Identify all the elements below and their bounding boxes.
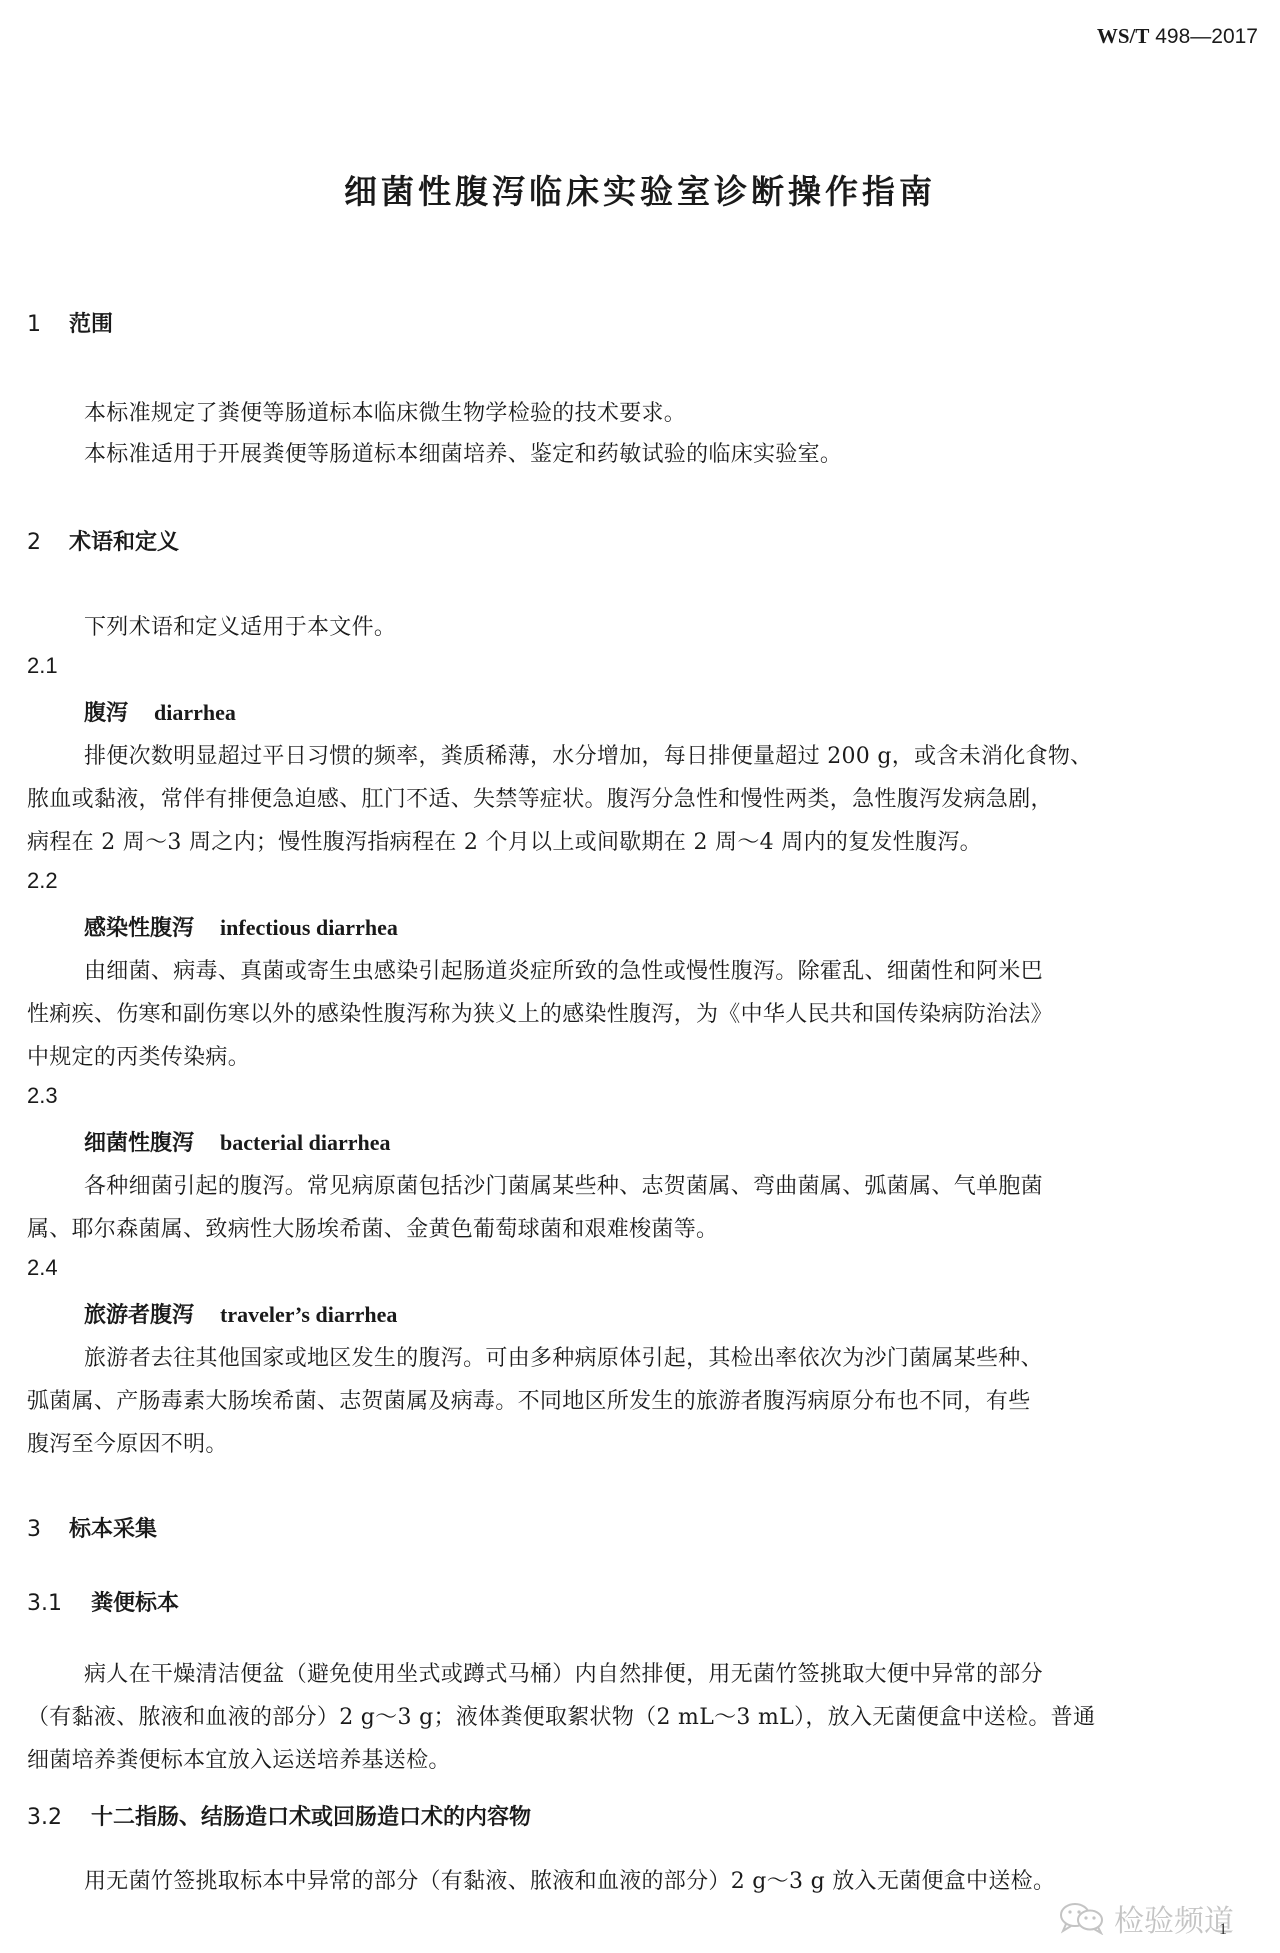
clause-number: 2.4: [27, 1255, 58, 1281]
section-title: 标本采集: [69, 1517, 157, 1542]
paragraph-line: 弧菌属、产肠毒素大肠埃希菌、志贺菌属及病毒。不同地区所发生的旅游者腹泻病原分布也…: [27, 1384, 1031, 1415]
subsection-number: 3.2: [27, 1805, 91, 1830]
term-zh: 腹泻: [84, 701, 128, 726]
section-heading-1: 1范围: [27, 307, 113, 338]
subsection-title: 十二指肠、结肠造口术或回肠造口术的内容物: [91, 1805, 531, 1830]
clause-number: 2.3: [27, 1083, 58, 1109]
term-zh: 旅游者腹泻: [84, 1303, 194, 1328]
paragraph-line: （有黏液、脓液和血液的部分）2 g～3 g；液体粪便取絮状物（2 mL～3 mL…: [27, 1700, 1095, 1731]
paragraph-line: 性痢疾、伤寒和副伤寒以外的感染性腹泻称为狭义上的感染性腹泻，为《中华人民共和国传…: [27, 997, 1053, 1028]
term-en: bacterial diarrhea: [220, 1130, 390, 1155]
paragraph-line: 腹泻至今原因不明。: [27, 1427, 228, 1458]
subsection-number: 3.1: [27, 1591, 91, 1616]
wechat-icon: [1058, 1901, 1106, 1935]
page-number: 1: [1219, 1921, 1227, 1939]
paragraph-line: 下列术语和定义适用于本文件。: [84, 610, 396, 641]
paragraph-line: 脓血或黏液，常伴有排便急迫感、肛门不适、失禁等症状。腹泻分急性和慢性两类，急性腹…: [27, 782, 1053, 813]
subsection-heading-3-2: 3.2十二指肠、结肠造口术或回肠造口术的内容物: [27, 1800, 531, 1831]
paragraph-line: 用无菌竹签挑取标本中异常的部分（有黏液、脓液和血液的部分）2 g～3 g 放入无…: [84, 1864, 1055, 1895]
section-heading-2: 2术语和定义: [27, 525, 179, 556]
paragraph-line: 各种细菌引起的腹泻。常见病原菌包括沙门菌属某些种、志贺菌属、弯曲菌属、弧菌属、气…: [84, 1169, 1043, 1200]
subsection-heading-3-1: 3.1粪便标本: [27, 1586, 179, 1617]
standard-number: 498—2017: [1155, 25, 1258, 48]
paragraph-line: 属、耶尔森菌属、致病性大肠埃希菌、金黄色葡萄球菌和艰难梭菌等。: [27, 1212, 718, 1243]
term-heading: 旅游者腹泻traveler’s diarrhea: [84, 1298, 397, 1329]
paragraph-line: 病程在 2 周～3 周之内；慢性腹泻指病程在 2 个月以上或间歇期在 2 周～4…: [27, 825, 982, 856]
paragraph-line: 旅游者去往其他国家或地区发生的腹泻。可由多种病原体引起，其检出率依次为沙门菌属某…: [84, 1341, 1043, 1372]
term-zh: 感染性腹泻: [84, 916, 194, 941]
paragraph-line: 病人在干燥清洁便盆（避免使用坐式或蹲式马桶）内自然排便，用无菌竹签挑取大便中异常…: [84, 1657, 1043, 1688]
section-number: 1: [27, 312, 69, 337]
term-en: diarrhea: [154, 700, 236, 725]
section-number: 2: [27, 530, 69, 555]
section-number: 3: [27, 1517, 69, 1542]
section-title: 范围: [69, 312, 113, 337]
term-heading: 感染性腹泻infectious diarrhea: [84, 911, 398, 942]
paragraph-line: 中规定的丙类传染病。: [27, 1040, 250, 1071]
standard-prefix: WS/T: [1097, 24, 1150, 48]
standard-code: WS/T 498—2017: [1097, 24, 1258, 49]
term-zh: 细菌性腹泻: [84, 1131, 194, 1156]
paragraph-line: 排便次数明显超过平日习惯的频率，粪质稀薄，水分增加，每日排便量超过 200 g，…: [84, 739, 1092, 770]
subsection-title: 粪便标本: [91, 1591, 179, 1616]
clause-number: 2.2: [27, 868, 58, 894]
term-en: infectious diarrhea: [220, 915, 398, 940]
term-heading: 细菌性腹泻bacterial diarrhea: [84, 1126, 390, 1157]
term-heading: 腹泻diarrhea: [84, 696, 236, 727]
document-title: 细菌性腹泻临床实验室诊断操作指南: [0, 166, 1280, 213]
clause-number: 2.1: [27, 653, 58, 679]
paragraph-line: 由细菌、病毒、真菌或寄生虫感染引起肠道炎症所致的急性或慢性腹泻。除霍乱、细菌性和…: [84, 954, 1043, 985]
term-en: traveler’s diarrhea: [220, 1302, 397, 1327]
watermark: 检验频道: [1058, 1896, 1234, 1940]
watermark-text: 检验频道: [1114, 1896, 1234, 1940]
paragraph-line: 细菌培养粪便标本宜放入运送培养基送检。: [27, 1743, 451, 1774]
paragraph-line: 本标准规定了粪便等肠道标本临床微生物学检验的技术要求。: [84, 396, 686, 427]
paragraph-line: 本标准适用于开展粪便等肠道标本细菌培养、鉴定和药敏试验的临床实验室。: [84, 437, 842, 468]
section-title: 术语和定义: [69, 530, 179, 555]
section-heading-3: 3标本采集: [27, 1512, 157, 1543]
